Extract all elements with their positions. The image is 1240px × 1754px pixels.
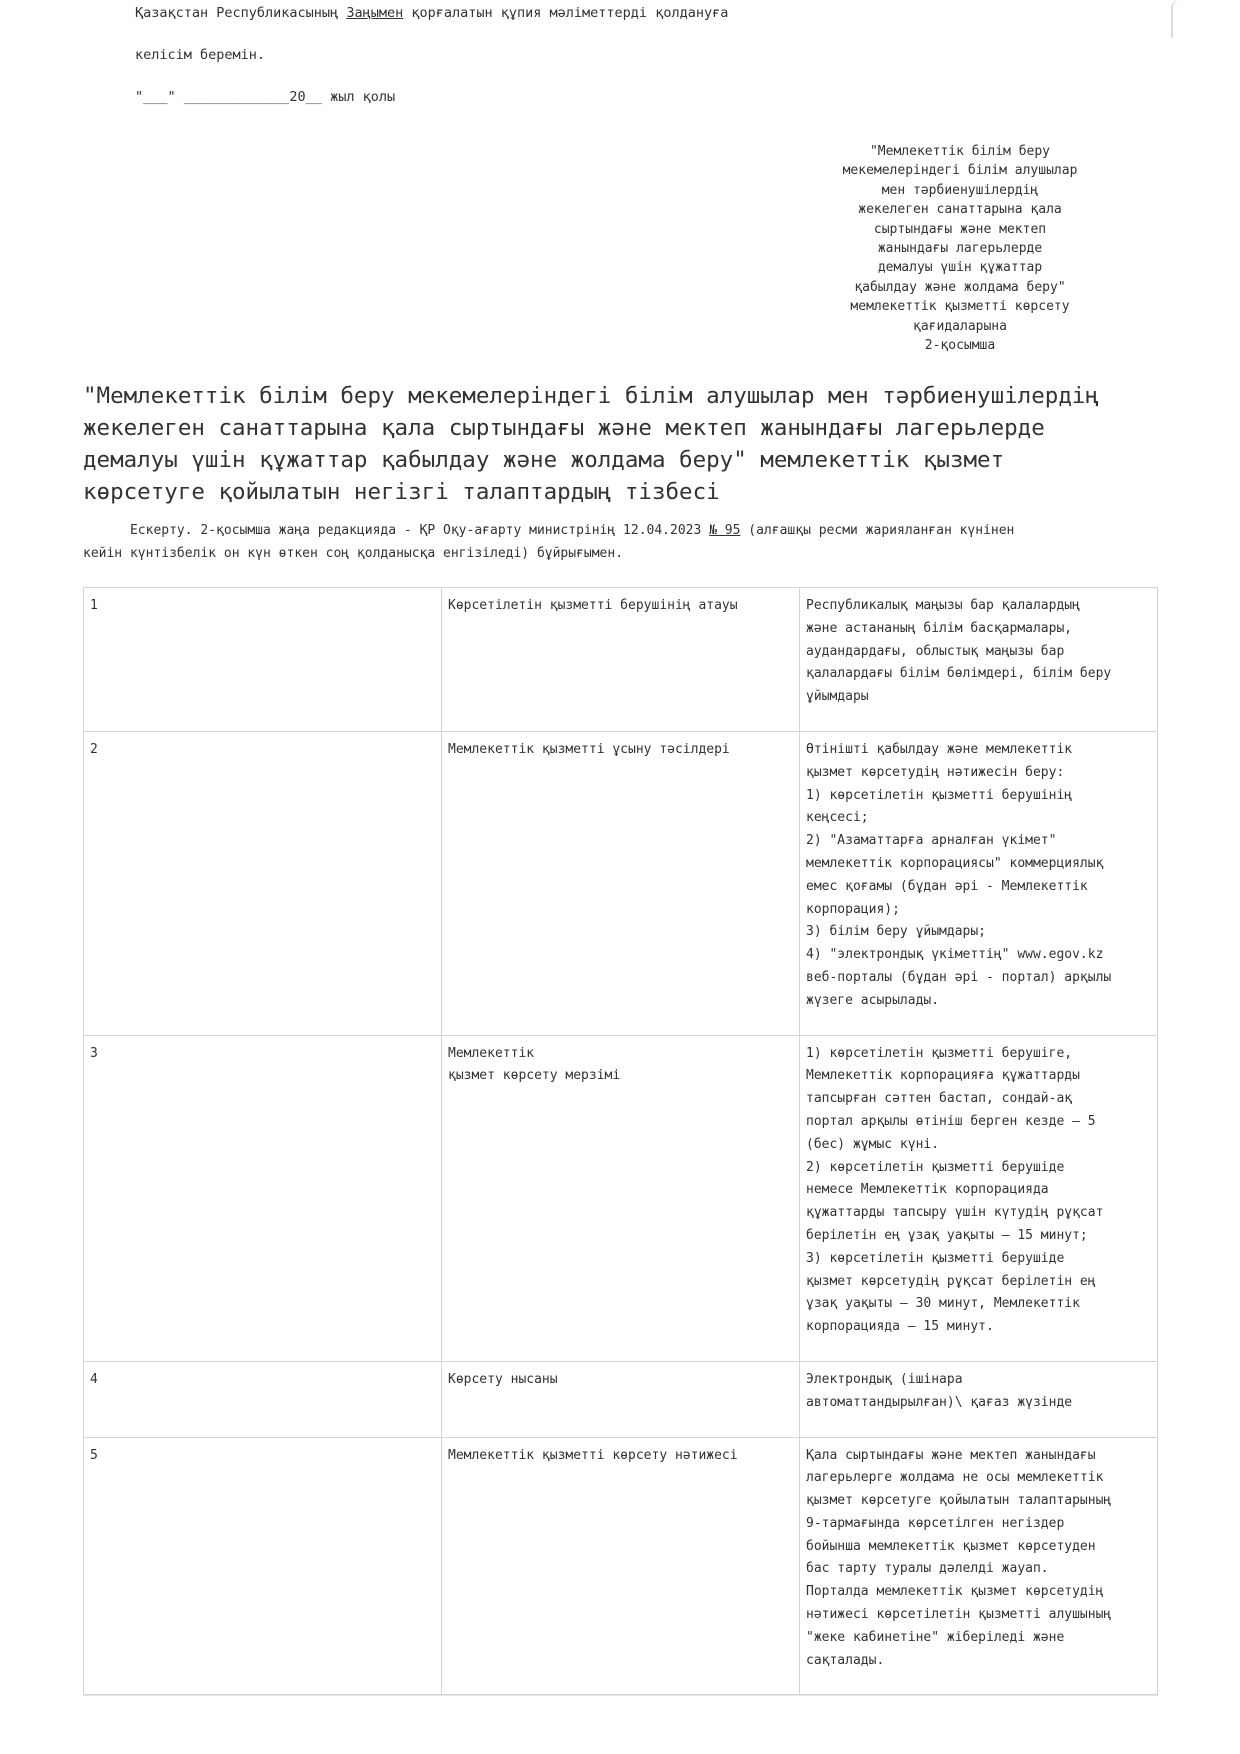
title-line: жекелеген санаттарына қала сыртындағы жә… [83,412,1163,444]
appendix-note-line: жекелеген санаттарына қала [800,200,1120,219]
requirement-name: Көрсетілетін қызметті берушінің атауы [442,588,800,732]
appendix-note-line: мемлекеттік қызметті көрсету [800,297,1120,316]
appendix-note-line: "Мемлекеттік білім беру [800,142,1120,161]
scrollbar-edge[interactable] [1171,0,1181,38]
appendix-note-line: демалуы үшін құжаттар [800,258,1120,277]
cell-text: лагерьлерге жолдама не осы мемлекеттік [806,1467,1151,1490]
cell-text: Мемлекеттік [448,1043,793,1066]
requirement-name: Мемлекеттік қызметті ұсыну тәсілдері [442,731,800,1035]
cell-text: 3) көрсетілетін қызметті берушіде [806,1248,1151,1271]
remark-text: (алғашқы ресми жарияланған күнінен [740,523,1014,538]
cell-text: Көрсетілетін қызметті берушінің атауы [448,595,793,618]
cell-text: 4) "электрондық үкіметтің" www.egov.kz [806,944,1151,967]
requirement-name: Мемлекеттікқызмет көрсету мерзімі [442,1035,800,1361]
appendix-note-line: мен тәрбиенушілердің [800,181,1120,200]
row-number: 2 [84,731,442,1035]
cell-text: 3) білім беру ұйымдары; [806,921,1151,944]
cell-text: аудандардағы, облыстық маңызы бар [806,641,1151,664]
table-row: 1Көрсетілетін қызметті берушінің атауыРе… [84,588,1158,732]
consent-text: Қазақстан Республикасының [135,5,346,21]
appendix-note-line: 2-қосымша [800,336,1120,355]
requirement-value: 1) көрсетілетін қызметті берушіге,Мемлек… [800,1035,1158,1361]
cell-text: Мемлекеттік қызметті ұсыну тәсілдері [448,739,793,762]
cell-text: Қала сыртындағы және мектеп жанындағы [806,1445,1151,1468]
cell-text: кеңсесі; [806,807,1151,830]
cell-text: қызмет көрсетудің рұқсат берілетін ең [806,1271,1151,1294]
cell-text: веб-порталы (бұдан әрі - портал) арқылы [806,967,1151,990]
signature-line: "___" _____________20__ жыл қолы [135,88,395,106]
order-link[interactable]: № 95 [709,523,740,538]
cell-text: нәтижесі көрсетілетін қызметті алушының [806,1604,1151,1627]
cell-text: 1) көрсетілетін қызметті берушінің [806,785,1151,808]
row-number: 5 [84,1437,442,1695]
cell-text: және астананың білім басқармалары, [806,618,1151,641]
cell-text: бойынша мемлекеттік қызмет көрсетуден [806,1536,1151,1559]
cell-text: Мемлекеттік корпорацияға құжаттарды [806,1065,1151,1088]
page-title: "Мемлекеттік білім беру мекемелеріндегі … [83,380,1163,508]
remark-line-1: Ескерту. 2-қосымша жаңа редакцияда - ҚР … [83,519,1163,542]
cell-text: 2) "Азаматтарға арналған үкімет" [806,830,1151,853]
cell-text: Көрсету нысаны [448,1369,793,1392]
cell-text: қалалардағы білім бөлімдері, білім беру [806,663,1151,686]
cell-text: емес қоғамы (бұдан әрі - Мемлекеттік [806,876,1151,899]
row-number: 1 [84,588,442,732]
cell-text: немесе Мемлекеттік корпорацияда [806,1179,1151,1202]
cell-text: корпорация); [806,899,1151,922]
cell-text: автоматтандырылған)\ қағаз жүзінде [806,1392,1151,1415]
title-line: көрсетуге қойылатын негізгі талаптардың … [83,476,1163,508]
cell-text: жүзеге асырылады. [806,990,1151,1013]
row-number: 3 [84,1035,442,1361]
cell-text: Өтінішті қабылдау және мемлекеттік [806,739,1151,762]
cell-text: мемлекеттік корпорациясы" коммерциялық [806,853,1151,876]
law-link[interactable]: Заңымен [346,5,403,21]
cell-text: құжаттарды тапсыру үшін күтудің рұқсат [806,1202,1151,1225]
appendix-note-line: сыртындағы және мектеп [800,220,1120,239]
cell-text: Порталда мемлекеттік қызмет көрсетудің [806,1581,1151,1604]
cell-text: Республикалық маңызы бар қалалардың [806,595,1151,618]
table-row: 5Мемлекеттік қызметті көрсету нәтижесіҚа… [84,1437,1158,1695]
appendix-note-line: қабылдау және жолдама беру" [800,278,1120,297]
cell-text: бас тарту туралы дәлелді жауап. [806,1558,1151,1581]
consent-text: қорғалатын құпия мәліметтерді қолдануға [403,5,728,21]
consent-line-2: келісім беремін. [135,46,265,64]
cell-text: Мемлекеттік қызметті көрсету нәтижесі [448,1445,793,1468]
cell-text: 2) көрсетілетін қызметті берушіде [806,1157,1151,1180]
cell-text: сақталады. [806,1650,1151,1673]
requirement-name: Мемлекеттік қызметті көрсету нәтижесі [442,1437,800,1695]
table-row: 3Мемлекеттікқызмет көрсету мерзімі1) көр… [84,1035,1158,1361]
consent-line-1: Қазақстан Республикасының Заңымен қорғал… [135,4,728,22]
remark-note: Ескерту. 2-қосымша жаңа редакцияда - ҚР … [83,519,1163,565]
cell-text: 9-тармағында көрсетілген негіздер [806,1513,1151,1536]
remark-text: Ескерту. 2-қосымша жаңа редакцияда - ҚР … [83,523,709,538]
appendix-note-line: мекемелеріндегі білім алушылар [800,161,1120,180]
cell-text: берілетін ең ұзақ уақыты – 15 минут; [806,1225,1151,1248]
cell-text: (бес) жұмыс күні. [806,1134,1151,1157]
title-line: демалуы үшін құжаттар қабылдау және жолд… [83,444,1163,476]
cell-text: Электрондық (ішінара [806,1369,1151,1392]
appendix-note: "Мемлекеттік білім берумекемелеріндегі б… [800,142,1120,355]
row-number: 4 [84,1361,442,1437]
cell-text: тапсырған сәттен бастап, сондай-ақ [806,1088,1151,1111]
requirement-value: Өтінішті қабылдау және мемлекеттікқызмет… [800,731,1158,1035]
table-row: 4Көрсету нысаныЭлектрондық (ішінараавтом… [84,1361,1158,1437]
cell-text: портал арқылы өтініш берген кезде – 5 [806,1111,1151,1134]
requirements-table: 1Көрсетілетін қызметті берушінің атауыРе… [83,587,1158,1695]
requirement-value: Электрондық (ішінараавтоматтандырылған)\… [800,1361,1158,1437]
table-row: 2Мемлекеттік қызметті ұсыну тәсілдеріӨті… [84,731,1158,1035]
cell-text: қызмет көрсету мерзімі [448,1065,793,1088]
cell-text: 1) көрсетілетін қызметті берушіге, [806,1043,1151,1066]
cell-text: қызмет көрсетудің нәтижесін беру: [806,762,1151,785]
appendix-note-line: жанындағы лагерьлерде [800,239,1120,258]
cell-text: корпорацияда – 15 минут. [806,1316,1151,1339]
cell-text: ұйымдары [806,686,1151,709]
cell-text: қызмет көрсетуге қойылатын талаптарының [806,1490,1151,1513]
cell-text: ұзақ уақыты – 30 минут, Мемлекеттік [806,1293,1151,1316]
title-line: "Мемлекеттік білім беру мекемелеріндегі … [83,380,1163,412]
cell-text: "жеке кабинетіне" жіберіледі және [806,1627,1151,1650]
requirement-value: Қала сыртындағы және мектеп жанындағылаг… [800,1437,1158,1695]
requirement-name: Көрсету нысаны [442,1361,800,1437]
appendix-note-line: қағидаларына [800,317,1120,336]
requirement-value: Республикалық маңызы бар қалалардыңжәне … [800,588,1158,732]
remark-line-2: кейін күнтізбелік он күн өткен соң қолда… [83,542,1163,565]
